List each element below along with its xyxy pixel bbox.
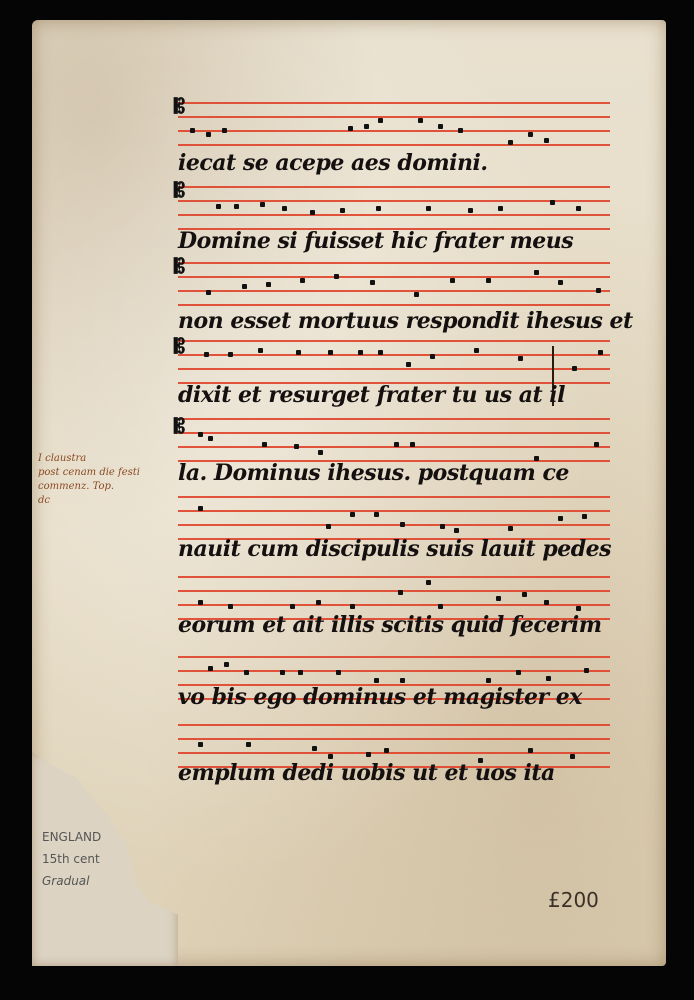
lyric-line-2: Domine si fuisset hic frater meus xyxy=(178,228,618,254)
c-clef-icon: 𝄡 xyxy=(174,96,185,116)
lyric-line-7: eorum et ait illis scitis quid fecerim xyxy=(178,612,618,638)
lyric-line-6: nauit cum discipulis suis lauit pedes xyxy=(178,536,618,562)
lyric-line-1: iecat se acepe aes domini. xyxy=(178,150,618,176)
lyric-line-9: emplum dedi uobis ut et uos ita xyxy=(178,760,618,786)
c-clef-icon: 𝄡 xyxy=(174,256,185,276)
price-note: £200 xyxy=(548,888,599,912)
lyric-line-4: dixit et resurget frater tu us at il xyxy=(178,382,618,408)
c-clef-icon: 𝄡 xyxy=(174,180,185,200)
pencil-provenance-note: ENGLAND 15th cent Gradual xyxy=(42,826,162,892)
lyric-line-8: vo bis ego dominus et magister ex xyxy=(178,684,618,710)
marginal-rubric-note: I claustra post cenam die festi commenz.… xyxy=(38,452,158,508)
lyric-line-5: la. Dominus ihesus. postquam ce xyxy=(178,460,618,486)
lyric-line-3: non esset mortuus respondit ihesus et xyxy=(178,308,618,334)
c-clef-icon: 𝄡 xyxy=(174,416,185,436)
c-clef-icon: 𝄡 xyxy=(174,336,185,356)
